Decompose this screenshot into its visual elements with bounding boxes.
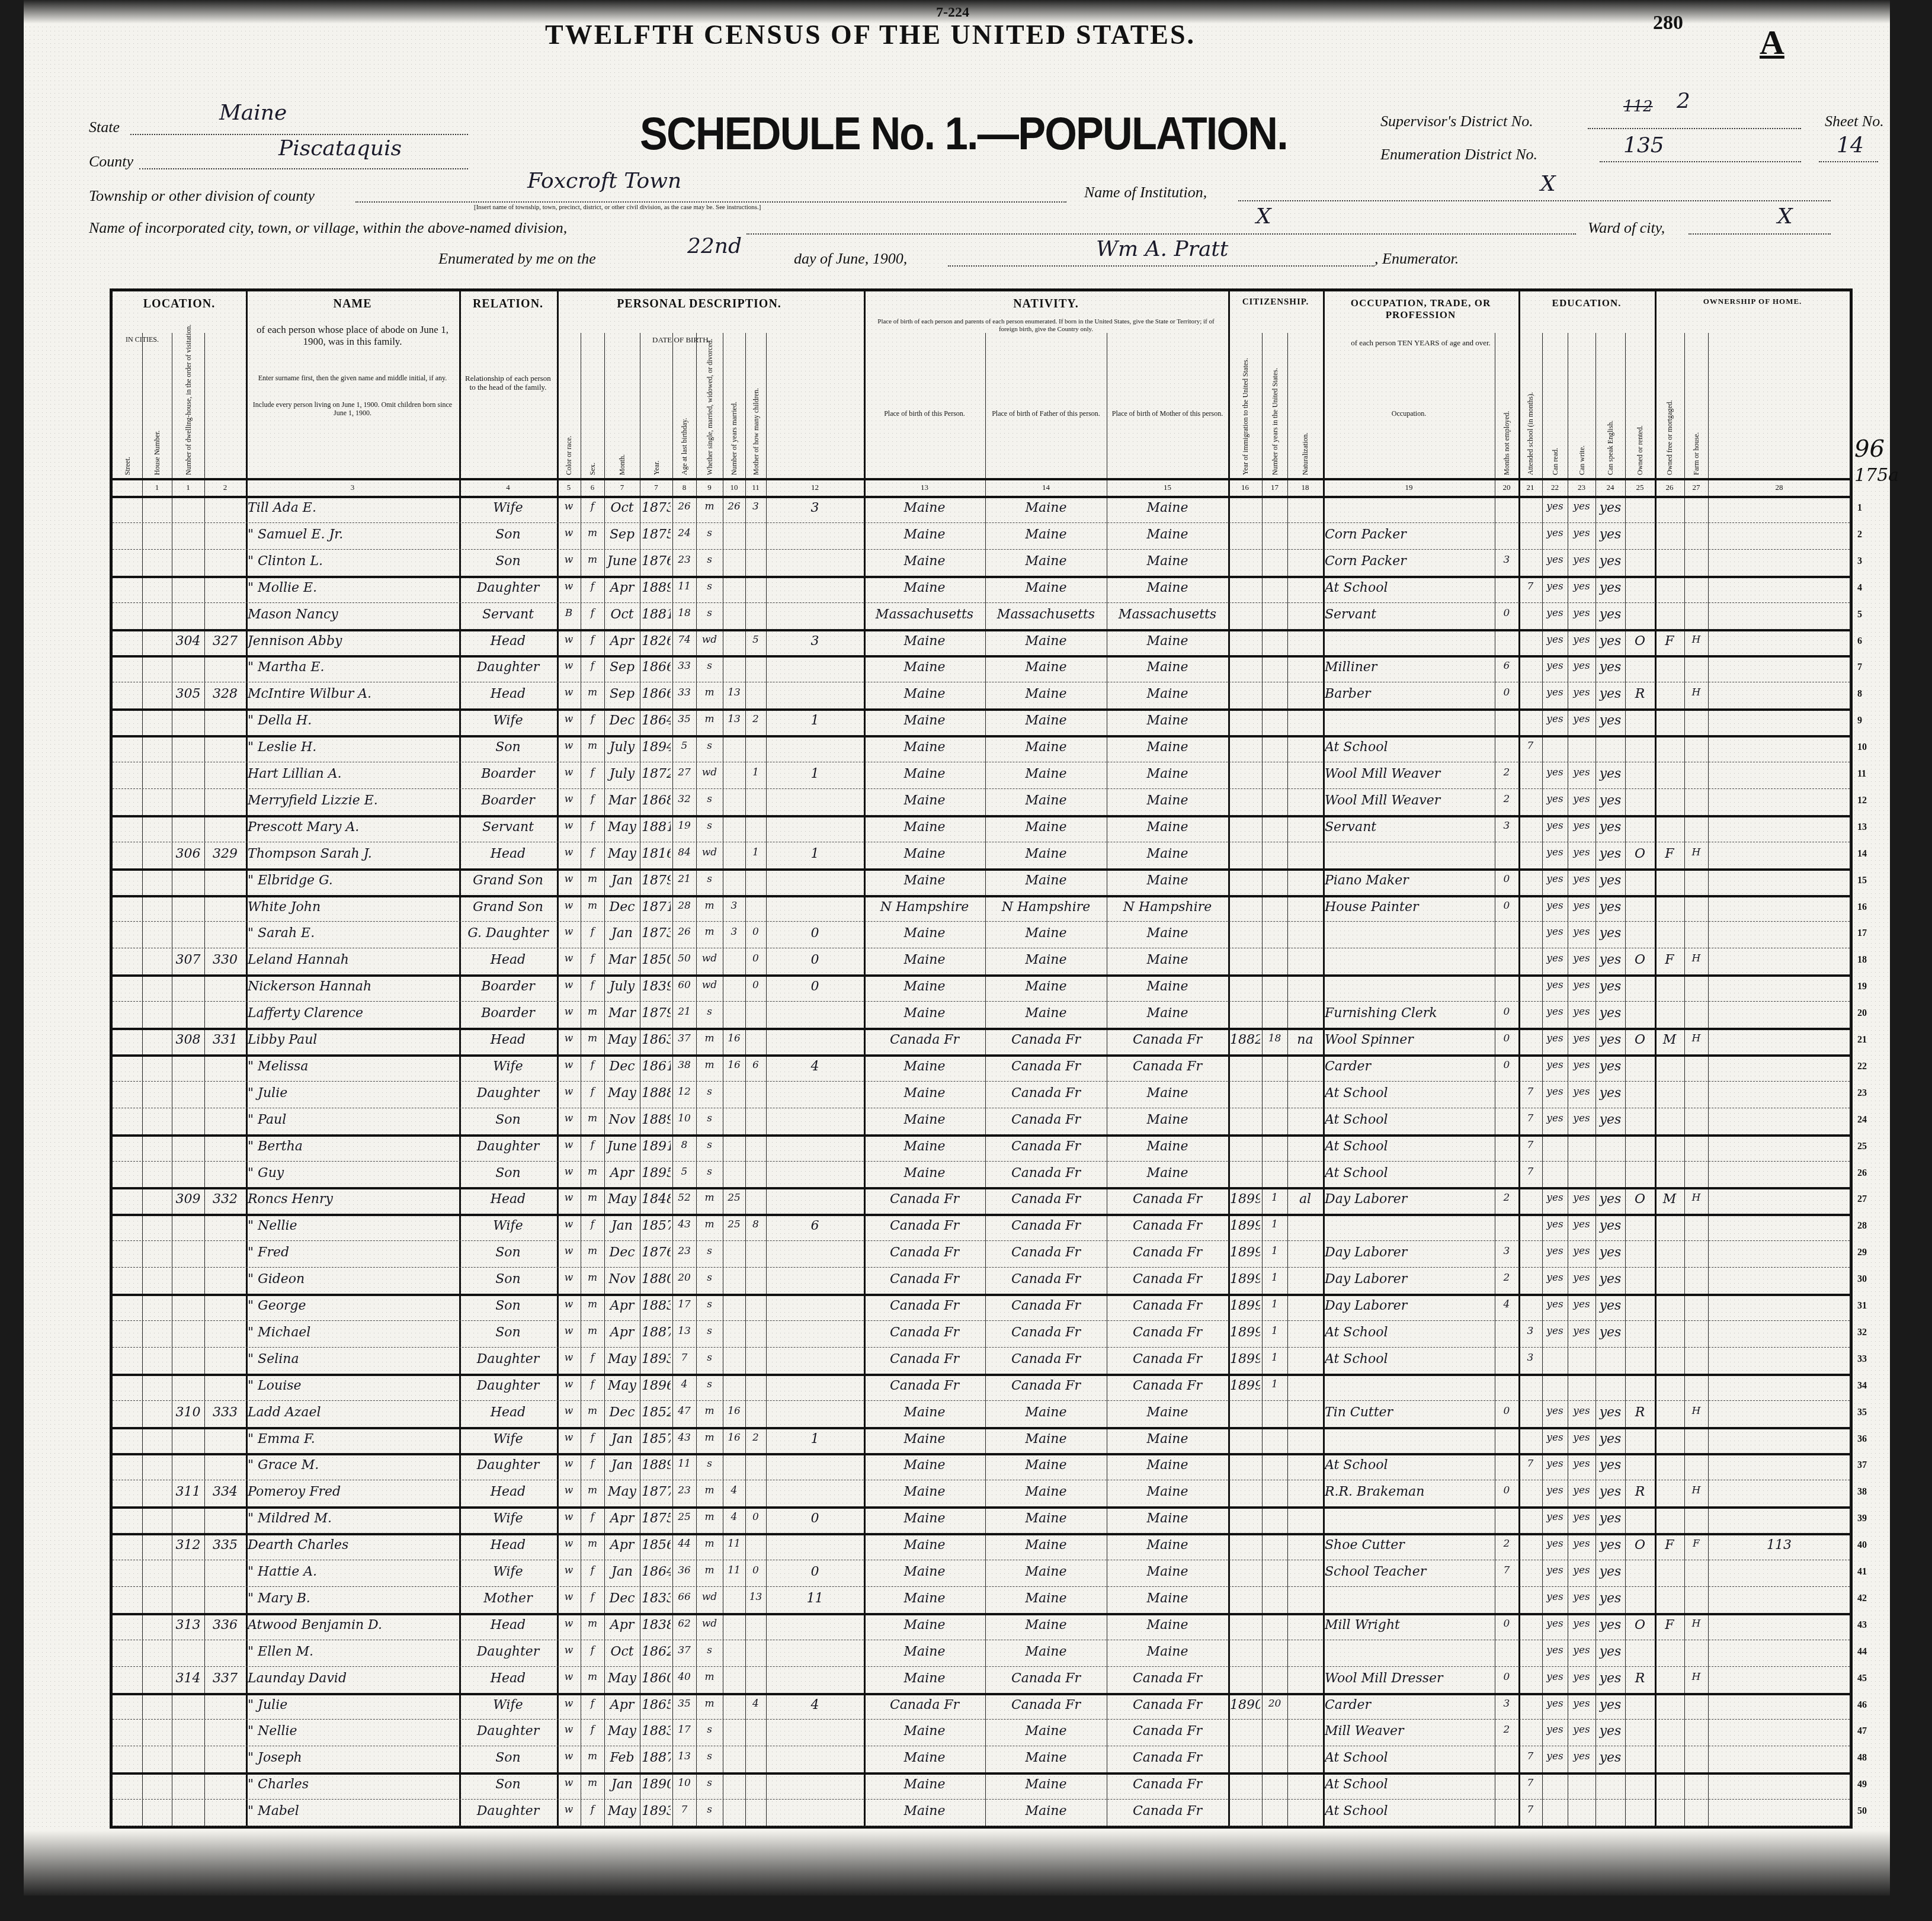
column-number: 27 [1684,483,1708,492]
cell-rel: Wife [461,713,555,728]
cell-mpob: Canada Fr [1108,1777,1226,1792]
cell-year: 1883 [642,1298,671,1313]
cell-dw: 306 [174,846,203,861]
cell-pob: Canada Fr [866,1245,983,1260]
cell-eng: yes [1597,1325,1623,1340]
cell-mpob: Canada Fr [1108,1245,1226,1260]
column-divider [672,333,673,1826]
cell-unemp: 2 [1497,1272,1517,1284]
cell-mpob: Canada Fr [1108,1352,1226,1367]
cell-name: " Elbridge G. [248,873,457,888]
cell-marital: s [698,1086,721,1098]
cell-unemp: 0 [1497,1405,1517,1417]
cell-occ: Milliner [1325,660,1493,675]
cell-mpob: Maine [1108,1166,1226,1181]
cell-occ: Wool Spinner [1325,1032,1493,1047]
cell-age: 60 [674,979,694,991]
row-divider [113,1214,1850,1216]
cell-yrsus: 1 [1264,1298,1286,1310]
cell-read: yes [1544,767,1566,778]
cell-rel: Wife [461,1218,555,1233]
cell-year: 1856 [642,1538,671,1553]
cell-write: yes [1569,767,1594,778]
line-number: 7 [1857,662,1862,673]
cell-year: 1876 [642,1245,671,1260]
cell-fpob: Canada Fr [987,1298,1105,1313]
cell-school: 7 [1520,740,1540,752]
cell-pob: Massachusetts [866,607,983,622]
column-divider [1625,333,1626,1826]
cell-read: yes [1544,1112,1566,1124]
cell-write: yes [1569,926,1594,938]
line-number: 24 [1857,1115,1867,1125]
cell-occ: Day Laborer [1325,1245,1493,1260]
cell-unemp: 0 [1497,1618,1517,1630]
line-number: 4 [1857,583,1862,594]
cell-living: 1 [768,767,862,781]
township-value: Foxcroft Town [527,169,681,193]
cell-marital: s [698,607,721,619]
cell-age: 40 [674,1671,694,1683]
cell-sex: f [582,1086,603,1098]
row-divider [113,1267,1850,1268]
cell-name: White John [248,900,457,915]
header-education: EDUCATION. [1518,297,1655,309]
header-divider [113,496,1850,498]
cell-fpob: Canada Fr [987,1112,1105,1127]
cell-fpob: Maine [987,1405,1105,1420]
row-divider [113,1746,1850,1746]
cell-occ: Mill Wright [1325,1618,1493,1633]
cell-living: 0 [768,1564,862,1579]
cell-write: yes [1569,501,1594,512]
cell-age: 19 [674,820,694,832]
cell-unemp: 7 [1497,1564,1517,1576]
line-number: 15 [1857,875,1867,886]
cell-yrsus: 1 [1264,1378,1286,1390]
cell-month: Dec [606,713,638,728]
cell-mpob: Maine [1108,1139,1226,1154]
cell-occ: At School [1325,1352,1493,1367]
cell-marital: m [698,1671,721,1683]
row-divider [113,576,1850,578]
header-name-desc: of each person whose place of abode on J… [252,324,453,347]
row-divider [113,1640,1850,1640]
cell-yrsus: 1 [1264,1272,1286,1284]
cell-name: " Emma F. [248,1432,457,1447]
cell-eng: yes [1597,767,1623,781]
cell-living: 0 [768,979,862,994]
cell-marital: m [698,1511,721,1523]
cell-pob: Maine [866,1139,983,1154]
cell-fpob: Maine [987,1804,1105,1819]
cell-read: yes [1544,1458,1566,1470]
cell-month: Jan [606,1218,638,1233]
column-number: 25 [1625,483,1655,492]
cell-name: Nickerson Hannah [248,979,457,994]
cell-fpob: Maine [987,1538,1105,1553]
cell-color: w [559,926,579,938]
cell-yrs: 4 [725,1511,744,1523]
cell-rel: Mother [461,1591,555,1606]
cell-sex: f [582,607,603,619]
cell-mort: F [1657,846,1683,861]
cell-month: May [606,1032,638,1047]
cell-fpob: Maine [987,527,1105,542]
cell-school: 7 [1520,1750,1540,1762]
cell-write: yes [1569,820,1594,832]
cell-fh: H [1686,634,1706,646]
cell-yrs: 25 [725,1192,744,1204]
cell-marital: s [698,581,721,592]
cell-year: 1875 [642,527,671,542]
cell-eng: yes [1597,1564,1623,1579]
cell-mpob: Maine [1108,953,1226,967]
cell-name: " Ellen M. [248,1644,457,1659]
column-divider [723,333,723,1826]
cell-pob: Maine [866,713,983,728]
column-label: Can write. [1578,357,1587,475]
cell-school: 7 [1520,581,1540,592]
cell-year: 1866 [642,687,671,701]
cell-year: 1848 [642,1192,671,1207]
cell-write: yes [1569,554,1594,566]
cell-year: 1838 [642,1618,671,1633]
cell-sex: m [582,900,603,912]
cell-fh: H [1686,953,1706,964]
cell-mother: 0 [747,926,764,938]
cell-year: 1871 [642,900,671,915]
page-number: 280 [1653,12,1683,34]
cell-read: yes [1544,1564,1566,1576]
cell-rel: Daughter [461,1139,555,1154]
cell-write: yes [1569,1298,1594,1310]
cell-age: 28 [674,900,694,912]
cell-rel: Head [461,953,555,967]
cell-yrsus: 1 [1264,1192,1286,1204]
cell-color: w [559,1272,579,1284]
cell-color: w [559,527,579,539]
column-label: Can speak English. [1606,357,1615,475]
cell-year: 1889 [642,1112,671,1127]
cell-year: 1865 [642,1698,671,1712]
cell-yrs: 26 [725,501,744,512]
cell-read: yes [1544,1591,1566,1603]
cell-mpob: Maine [1108,1405,1226,1420]
cell-marital: m [698,1192,721,1204]
cell-read: yes [1544,1644,1566,1656]
cell-living: 0 [768,926,862,941]
cell-marital: s [698,527,721,539]
cell-unemp: 4 [1497,1298,1517,1310]
column-label: Color or race. [565,357,573,475]
cell-occ: Day Laborer [1325,1272,1493,1287]
cell-age: 8 [674,1139,694,1151]
cell-read: yes [1544,1218,1566,1230]
cell-read: yes [1544,793,1566,805]
line-number: 40 [1857,1540,1867,1551]
cell-pob: Maine [866,767,983,781]
cell-fpob: Maine [987,873,1105,888]
column-number: 26 [1655,483,1684,492]
cell-fpob: Canada Fr [987,1139,1105,1154]
cell-pob: Maine [866,1671,983,1686]
cell-name: " Sarah E. [248,926,457,941]
cell-eng: yes [1597,820,1623,835]
cell-age: 11 [674,1458,694,1470]
cell-fpob: Maine [987,634,1105,649]
row-divider [113,1108,1850,1108]
cell-eng: yes [1597,607,1623,622]
cell-own: R [1627,1405,1653,1420]
line-number: 45 [1857,1673,1867,1684]
cell-write: yes [1569,1059,1594,1071]
cell-year: 1877 [642,1484,671,1499]
cell-occ: Piano Maker [1325,873,1493,888]
cell-read: yes [1544,900,1566,912]
cell-name: " Nellie [248,1218,457,1233]
cell-mort: F [1657,953,1683,967]
cell-rel: Boarder [461,767,555,781]
cell-pob: Maine [866,1564,983,1579]
cell-eng: yes [1597,1484,1623,1499]
cell-fh: H [1686,1618,1706,1630]
cell-write: yes [1569,953,1594,964]
cell-occ: At School [1325,1112,1493,1127]
cell-year: 1857 [642,1432,671,1447]
cell-marital: m [698,687,721,698]
cell-yrs: 16 [725,1059,744,1071]
cell-imm: 1890 [1230,1698,1260,1712]
cell-living: 3 [768,501,862,515]
cell-sex: m [582,527,603,539]
cell-sex: m [582,1298,603,1310]
cell-fpob: Maine [987,1777,1105,1792]
cell-age: 23 [674,1484,694,1496]
line-number: 6 [1857,636,1862,647]
cell-year: 1875 [642,1511,671,1526]
cell-year: 1896 [642,1378,671,1393]
cell-read: yes [1544,1059,1566,1071]
cell-age: 24 [674,527,694,539]
cell-rel: Wife [461,1698,555,1712]
cell-pob: Maine [866,1458,983,1473]
cell-color: w [559,1777,579,1789]
enumerator-label: , Enumerator. [1374,250,1459,268]
cell-age: 33 [674,660,694,672]
cell-rel: Son [461,1272,555,1287]
cell-pob: Canada Fr [866,1352,983,1367]
header-relation: RELATION. [459,297,557,311]
cell-write: yes [1569,900,1594,912]
column-divider [1518,291,1520,1826]
cell-fpob: Maine [987,767,1105,781]
cell-name: " Bertha [248,1139,457,1154]
cell-occ: Mill Weaver [1325,1724,1493,1739]
cell-year: 1893 [642,1804,671,1819]
column-number: 1 [142,483,172,492]
cell-dw: 307 [174,953,203,967]
column-divider [766,333,767,1826]
cell-pob: Maine [866,581,983,595]
cell-color: w [559,581,579,592]
cell-mpob: Canada Fr [1108,1804,1226,1819]
cell-name: " Michael [248,1325,457,1340]
cell-marital: s [698,1378,721,1390]
cell-yrsus: 1 [1264,1352,1286,1364]
cell-fh: H [1686,1405,1706,1417]
cell-marital: s [698,660,721,672]
cell-occ: At School [1325,1166,1493,1181]
row-divider [113,1613,1850,1615]
cell-eng: yes [1597,527,1623,542]
cell-name: " Grace M. [248,1458,457,1473]
cell-school: 7 [1520,1139,1540,1151]
cell-year: 1850 [642,953,671,967]
institution-label: Name of Institution, [1084,184,1207,201]
cell-yrsus: 20 [1264,1698,1286,1710]
cell-month: Jan [606,1432,638,1447]
cell-write: yes [1569,873,1594,885]
cell-pob: Maine [866,1511,983,1526]
cell-eng: yes [1597,660,1623,675]
cell-name: Ladd Azael [248,1405,457,1420]
cell-rel: Son [461,1112,555,1127]
cell-color: w [559,1139,579,1151]
cell-fpob: Maine [987,1564,1105,1579]
cell-yrs: 13 [725,713,744,725]
cell-occ: Shoe Cutter [1325,1538,1493,1553]
cell-age: 37 [674,1644,694,1656]
cell-eng: yes [1597,634,1623,649]
column-number: 14 [985,483,1107,492]
cell-age: 27 [674,767,694,778]
cell-color: w [559,873,579,885]
cell-fpob: Maine [987,687,1105,701]
line-number: 30 [1857,1274,1867,1285]
cell-read: yes [1544,926,1566,938]
cell-name: " Della H. [248,713,457,728]
row-divider [113,788,1850,789]
cell-month: May [606,1378,638,1393]
cell-month: May [606,820,638,835]
cell-month: Oct [606,1644,638,1659]
cell-fpob: Canada Fr [987,1166,1105,1181]
cell-age: 66 [674,1591,694,1603]
cell-year: 1863 [642,1032,671,1047]
cell-occ: Corn Packer [1325,554,1493,569]
cell-marital: s [698,1458,721,1470]
line-number: 17 [1857,928,1867,939]
cell-color: w [559,1804,579,1816]
cell-rel: Grand Son [461,873,555,888]
cell-month: Apr [606,1538,638,1553]
cell-marital: s [698,1298,721,1310]
cell-occ: Corn Packer [1325,527,1493,542]
cell-sex: f [582,953,603,964]
column-label: Place of birth of this Person. [864,410,985,418]
cell-age: 18 [674,607,694,619]
cell-age: 23 [674,554,694,566]
cell-name: Prescott Mary A. [248,820,457,835]
column-label: Place of birth of Mother of this person. [1107,410,1228,418]
cell-marital: wd [698,1591,721,1603]
cell-rel: Son [461,740,555,755]
row-divider [113,1400,1850,1401]
cell-write: yes [1569,527,1594,539]
cell-read: yes [1544,1405,1566,1417]
township-label: Township or other division of county [89,187,315,205]
cell-name: Thompson Sarah J. [248,846,457,861]
cell-living: 6 [768,1218,862,1233]
cell-month: Oct [606,607,638,622]
cell-color: w [559,1644,579,1656]
cell-color: w [559,1564,579,1576]
cell-age: 74 [674,634,694,646]
census-title: TWELFTH CENSUS OF THE UNITED STATES. [545,19,1196,50]
cell-eng: yes [1597,1591,1623,1606]
cell-unemp: 0 [1497,1484,1517,1496]
cell-name: " Gideon [248,1272,457,1287]
column-label: Number of dwelling-house, in the order o… [184,357,193,475]
cell-name: " Selina [248,1352,457,1367]
cell-month: May [606,1192,638,1207]
cell-eng: yes [1597,1218,1623,1233]
cell-mother: 1 [747,846,764,858]
cell-dw: 311 [174,1484,203,1499]
cell-pob: Maine [866,1724,983,1739]
line-number: 31 [1857,1301,1867,1311]
cell-color: w [559,1325,579,1337]
county-line [139,168,468,169]
cell-color: w [559,660,579,672]
row-divider [113,1054,1850,1057]
cell-month: Apr [606,634,638,649]
row-divider [113,655,1850,658]
cell-pob: Canada Fr [866,1298,983,1313]
cell-read: yes [1544,846,1566,858]
cell-year: 1889 [642,581,671,595]
cell-mother: 2 [747,713,764,725]
cell-read: yes [1544,1192,1566,1204]
cell-age: 11 [674,581,694,592]
cell-read: yes [1544,1298,1566,1310]
cell-unemp: 6 [1497,660,1517,672]
cell-dw: 309 [174,1192,203,1207]
cell-school: 7 [1520,1804,1540,1816]
cell-age: 13 [674,1325,694,1337]
column-label: Number of years married. [730,357,739,475]
cell-marital: s [698,1166,721,1178]
cell-color: w [559,740,579,752]
column-number: 19 [1323,483,1495,492]
cell-rel: Daughter [461,1458,555,1473]
cell-sex: f [582,1698,603,1710]
cell-marital: s [698,554,721,566]
cell-color: w [559,1432,579,1444]
line-number: 3 [1857,556,1862,567]
cell-occ: At School [1325,1750,1493,1765]
cell-fpob: Canada Fr [987,1272,1105,1287]
cell-pob: Maine [866,1405,983,1420]
cell-write: yes [1569,1511,1594,1523]
cell-fpob: Canada Fr [987,1671,1105,1686]
cell-rel: Son [461,1325,555,1340]
cell-read: yes [1544,607,1566,619]
column-divider [640,333,640,1826]
cell-name: Dearth Charles [248,1538,457,1553]
cell-name: " Leslie H. [248,740,457,755]
